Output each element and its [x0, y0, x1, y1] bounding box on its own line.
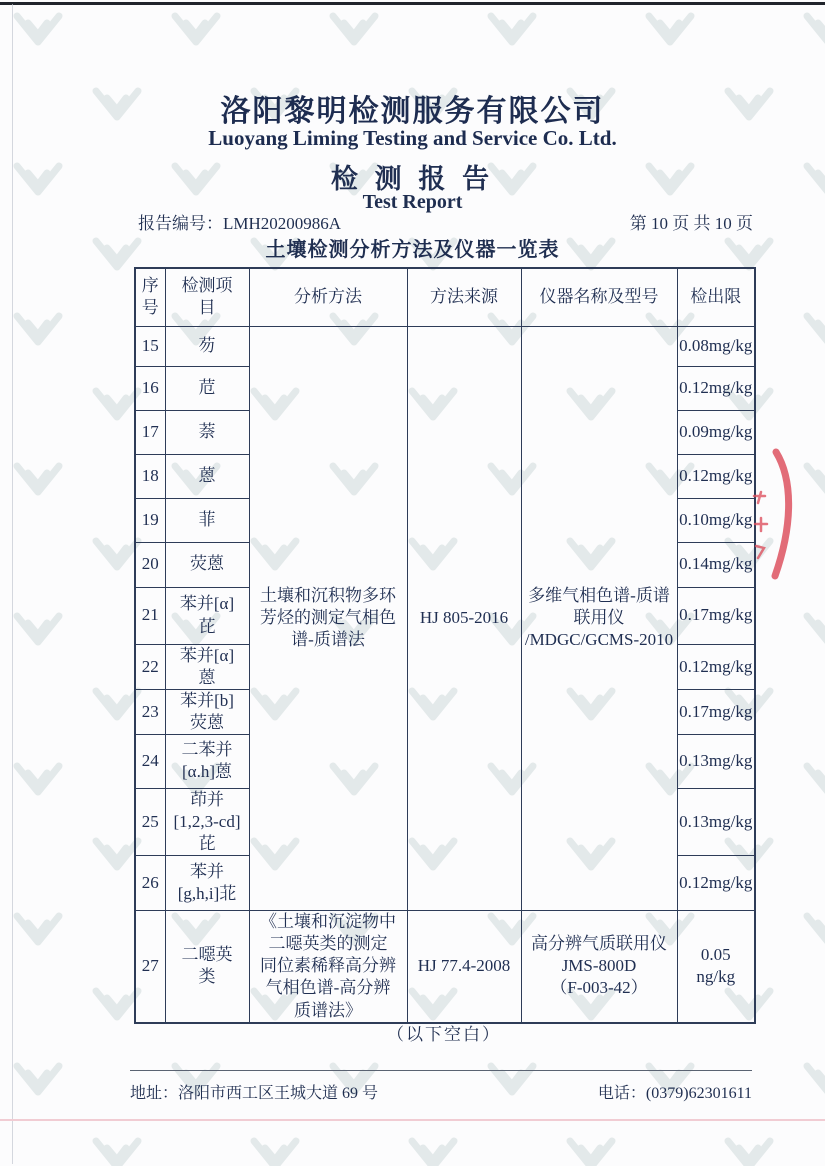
cell-limit: 0.12mg/kg	[677, 644, 755, 689]
report-number-value: LMH20200986A	[223, 214, 341, 233]
cell-item: 蒽	[165, 454, 249, 498]
cell-limit: 0.13mg/kg	[677, 788, 755, 855]
report-meta-row: 报告编号：LMH20200986A 第 10 页 共 10 页	[138, 209, 753, 234]
cell-serial: 24	[135, 734, 165, 788]
cell-serial: 18	[135, 454, 165, 498]
col-header-method: 分析方法	[249, 268, 407, 326]
cell-serial: 27	[135, 911, 165, 1023]
cell-instrument-group1: 多维气相色谱-质谱 联用仪 /MDGC/GCMS-2010	[521, 326, 677, 911]
cell-item: 苯并[α] 蒽	[165, 644, 249, 689]
cell-limit: 0.12mg/kg	[677, 856, 755, 911]
cell-serial: 25	[135, 788, 165, 855]
table-row: 27 二噁英 类 《土壤和沉淀物中 二噁英类的测定 同位素稀释高分辨 气相色谱-…	[135, 911, 755, 1023]
cell-limit: 0.17mg/kg	[677, 587, 755, 644]
cell-serial: 20	[135, 542, 165, 587]
footer: 地址：洛阳市西工区王城大道 69 号 电话：(0379)62301611	[130, 1080, 752, 1103]
cell-item: 二噁英 类	[165, 911, 249, 1023]
scan-bottom-line	[0, 1119, 825, 1121]
report-page: 洛阳黎明检测服务有限公司 Luoyang Liming Testing and …	[0, 0, 825, 1166]
cell-limit: 0.08mg/kg	[677, 326, 755, 366]
cell-limit: 0.05 ng/kg	[677, 911, 755, 1023]
table-header-row: 序 号 检测项 目 分析方法 方法来源 仪器名称及型号 检出限	[135, 268, 755, 326]
cell-item: 芴	[165, 326, 249, 366]
col-header-item: 检测项 目	[165, 268, 249, 326]
cell-serial: 15	[135, 326, 165, 366]
cell-limit: 0.10mg/kg	[677, 498, 755, 542]
cell-limit: 0.09mg/kg	[677, 410, 755, 454]
table-title: 土壤检测分析方法及仪器一览表	[0, 233, 825, 262]
report-number: 报告编号：LMH20200986A	[138, 209, 341, 234]
footer-phone: 电话：(0379)62301611	[598, 1080, 752, 1103]
methods-table: 序 号 检测项 目 分析方法 方法来源 仪器名称及型号 检出限 15 芴 土壤和…	[134, 267, 756, 1024]
document-content: 洛阳黎明检测服务有限公司 Luoyang Liming Testing and …	[0, 0, 825, 1166]
footer-address: 地址：洛阳市西工区王城大道 69 号	[130, 1080, 378, 1103]
col-header-limit: 检出限	[677, 268, 755, 326]
company-name-cn: 洛阳黎明检测服务有限公司	[0, 86, 825, 130]
cell-method-group1: 土壤和沉积物多环 芳烃的测定气相色 谱-质谱法	[249, 326, 407, 911]
cell-item: 菲	[165, 498, 249, 542]
cell-limit: 0.13mg/kg	[677, 734, 755, 788]
cell-serial: 22	[135, 644, 165, 689]
cell-serial: 16	[135, 366, 165, 410]
cell-limit: 0.14mg/kg	[677, 542, 755, 587]
cell-item: 苯并[b] 荧蒽	[165, 689, 249, 734]
report-number-label: 报告编号：	[138, 214, 223, 233]
cell-instrument: 高分辨气质联用仪 JMS-800D （F-003-42）	[521, 911, 677, 1023]
cell-serial: 23	[135, 689, 165, 734]
scan-top-edge	[0, 2, 825, 5]
cell-item: 苊	[165, 366, 249, 410]
cell-limit: 0.12mg/kg	[677, 454, 755, 498]
cell-item: 苯并[α] 芘	[165, 587, 249, 644]
cell-item: 萘	[165, 410, 249, 454]
company-name-en: Luoyang Liming Testing and Service Co. L…	[0, 126, 825, 151]
cell-limit: 0.17mg/kg	[677, 689, 755, 734]
cell-source-group1: HJ 805-2016	[407, 326, 521, 911]
cell-serial: 17	[135, 410, 165, 454]
cell-serial: 26	[135, 856, 165, 911]
footer-divider	[130, 1070, 752, 1071]
page-indicator: 第 10 页 共 10 页	[630, 209, 753, 234]
red-seal-fragment	[748, 448, 808, 583]
scan-left-edge	[12, 4, 13, 1164]
cell-serial: 19	[135, 498, 165, 542]
cell-item: 二苯并 [α.h]蒽	[165, 734, 249, 788]
cell-item: 茚并 [1,2,3-cd] 芘	[165, 788, 249, 855]
cell-source: HJ 77.4-2008	[407, 911, 521, 1023]
cell-item: 苯并 [g,h,i]苝	[165, 856, 249, 911]
cell-method: 《土壤和沉淀物中 二噁英类的测定 同位素稀释高分辨 气相色谱-高分辨 质谱法》	[249, 911, 407, 1023]
cell-serial: 21	[135, 587, 165, 644]
col-header-source: 方法来源	[407, 268, 521, 326]
col-header-serial: 序 号	[135, 268, 165, 326]
table-row: 15 芴 土壤和沉积物多环 芳烃的测定气相色 谱-质谱法 HJ 805-2016…	[135, 326, 755, 366]
cell-limit: 0.12mg/kg	[677, 366, 755, 410]
col-header-instrument: 仪器名称及型号	[521, 268, 677, 326]
cell-item: 荧蒽	[165, 542, 249, 587]
below-blank-note: （以下空白）	[134, 1020, 754, 1045]
